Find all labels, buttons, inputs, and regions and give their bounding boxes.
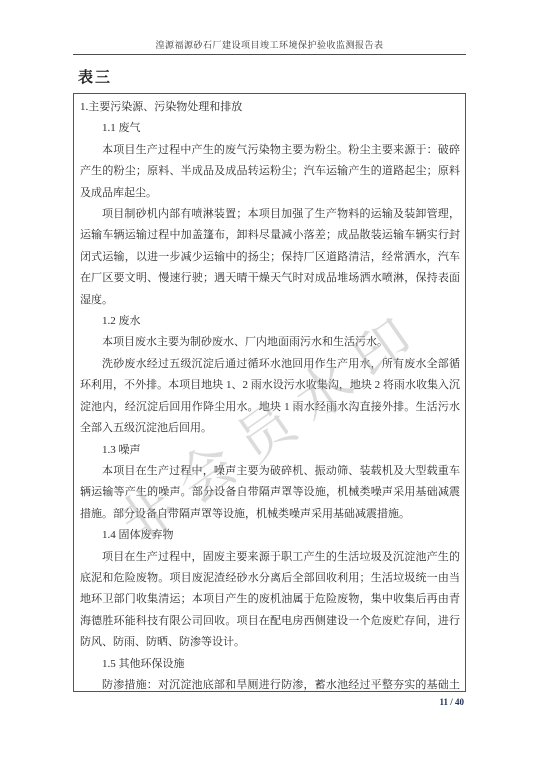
table-paragraphs: 1.1 废气本项目生产过程中产生的废气污染物主要为粉尘。粉尘主要来源于：破碎产生… (80, 118, 460, 692)
table-title: 1.主要污染源、污染物处理和排放 (80, 97, 460, 118)
paragraph: 本项目生产过程中产生的废气污染物主要为粉尘。粉尘主要来源于：破碎产生的粉尘；原料… (80, 140, 460, 204)
page-number: 11 / 40 (439, 697, 464, 707)
section-heading: 1.5 其他环保设施 (80, 654, 460, 675)
section-heading: 1.3 噪声 (80, 440, 460, 461)
section-heading: 1.2 废水 (80, 311, 460, 332)
paragraph: 项目制砂机内部有喷淋装置；本项目加强了生产物料的运输及装卸管理，运输车辆运输过程… (80, 204, 460, 311)
table-cell-box: 1.主要污染源、污染物处理和排放 1.1 废气本项目生产过程中产生的废气污染物主… (73, 93, 466, 692)
paragraph: 洗砂废水经过五级沉淀后通过循环水池回用作生产用水，所有废水全部循环利用，不外排。… (80, 354, 460, 440)
section-heading: 1.1 废气 (80, 118, 460, 139)
paragraph: 防渗措施：对沉淀池底部和旱厕进行防渗，蓄水池经过平整夯实的基础土层上铺设粘土，并… (80, 675, 460, 692)
table-section-label: 表三 (78, 66, 112, 87)
section-heading: 1.4 固体废弃物 (80, 525, 460, 546)
paragraph: 本项目在生产过程中，噪声主要为破碎机、振动筛、装载机及大型载重车辆运输等产生的噪… (80, 461, 460, 525)
paragraph: 项目在生产过程中，固废主要来源于职工产生的生活垃圾及沉淀池产生的底泥和危险废物。… (80, 547, 460, 654)
page-header-title: 湟源福源砂石厂建设项目竣工环境保护验收监测报告表 (73, 38, 466, 55)
paragraph: 本项目废水主要为制砂废水、厂内地面雨污水和生活污水。 (80, 332, 460, 353)
document-page: 湟源福源砂石厂建设项目竣工环境保护验收监测报告表 表三 非会员水印 1.主要污染… (0, 0, 540, 764)
